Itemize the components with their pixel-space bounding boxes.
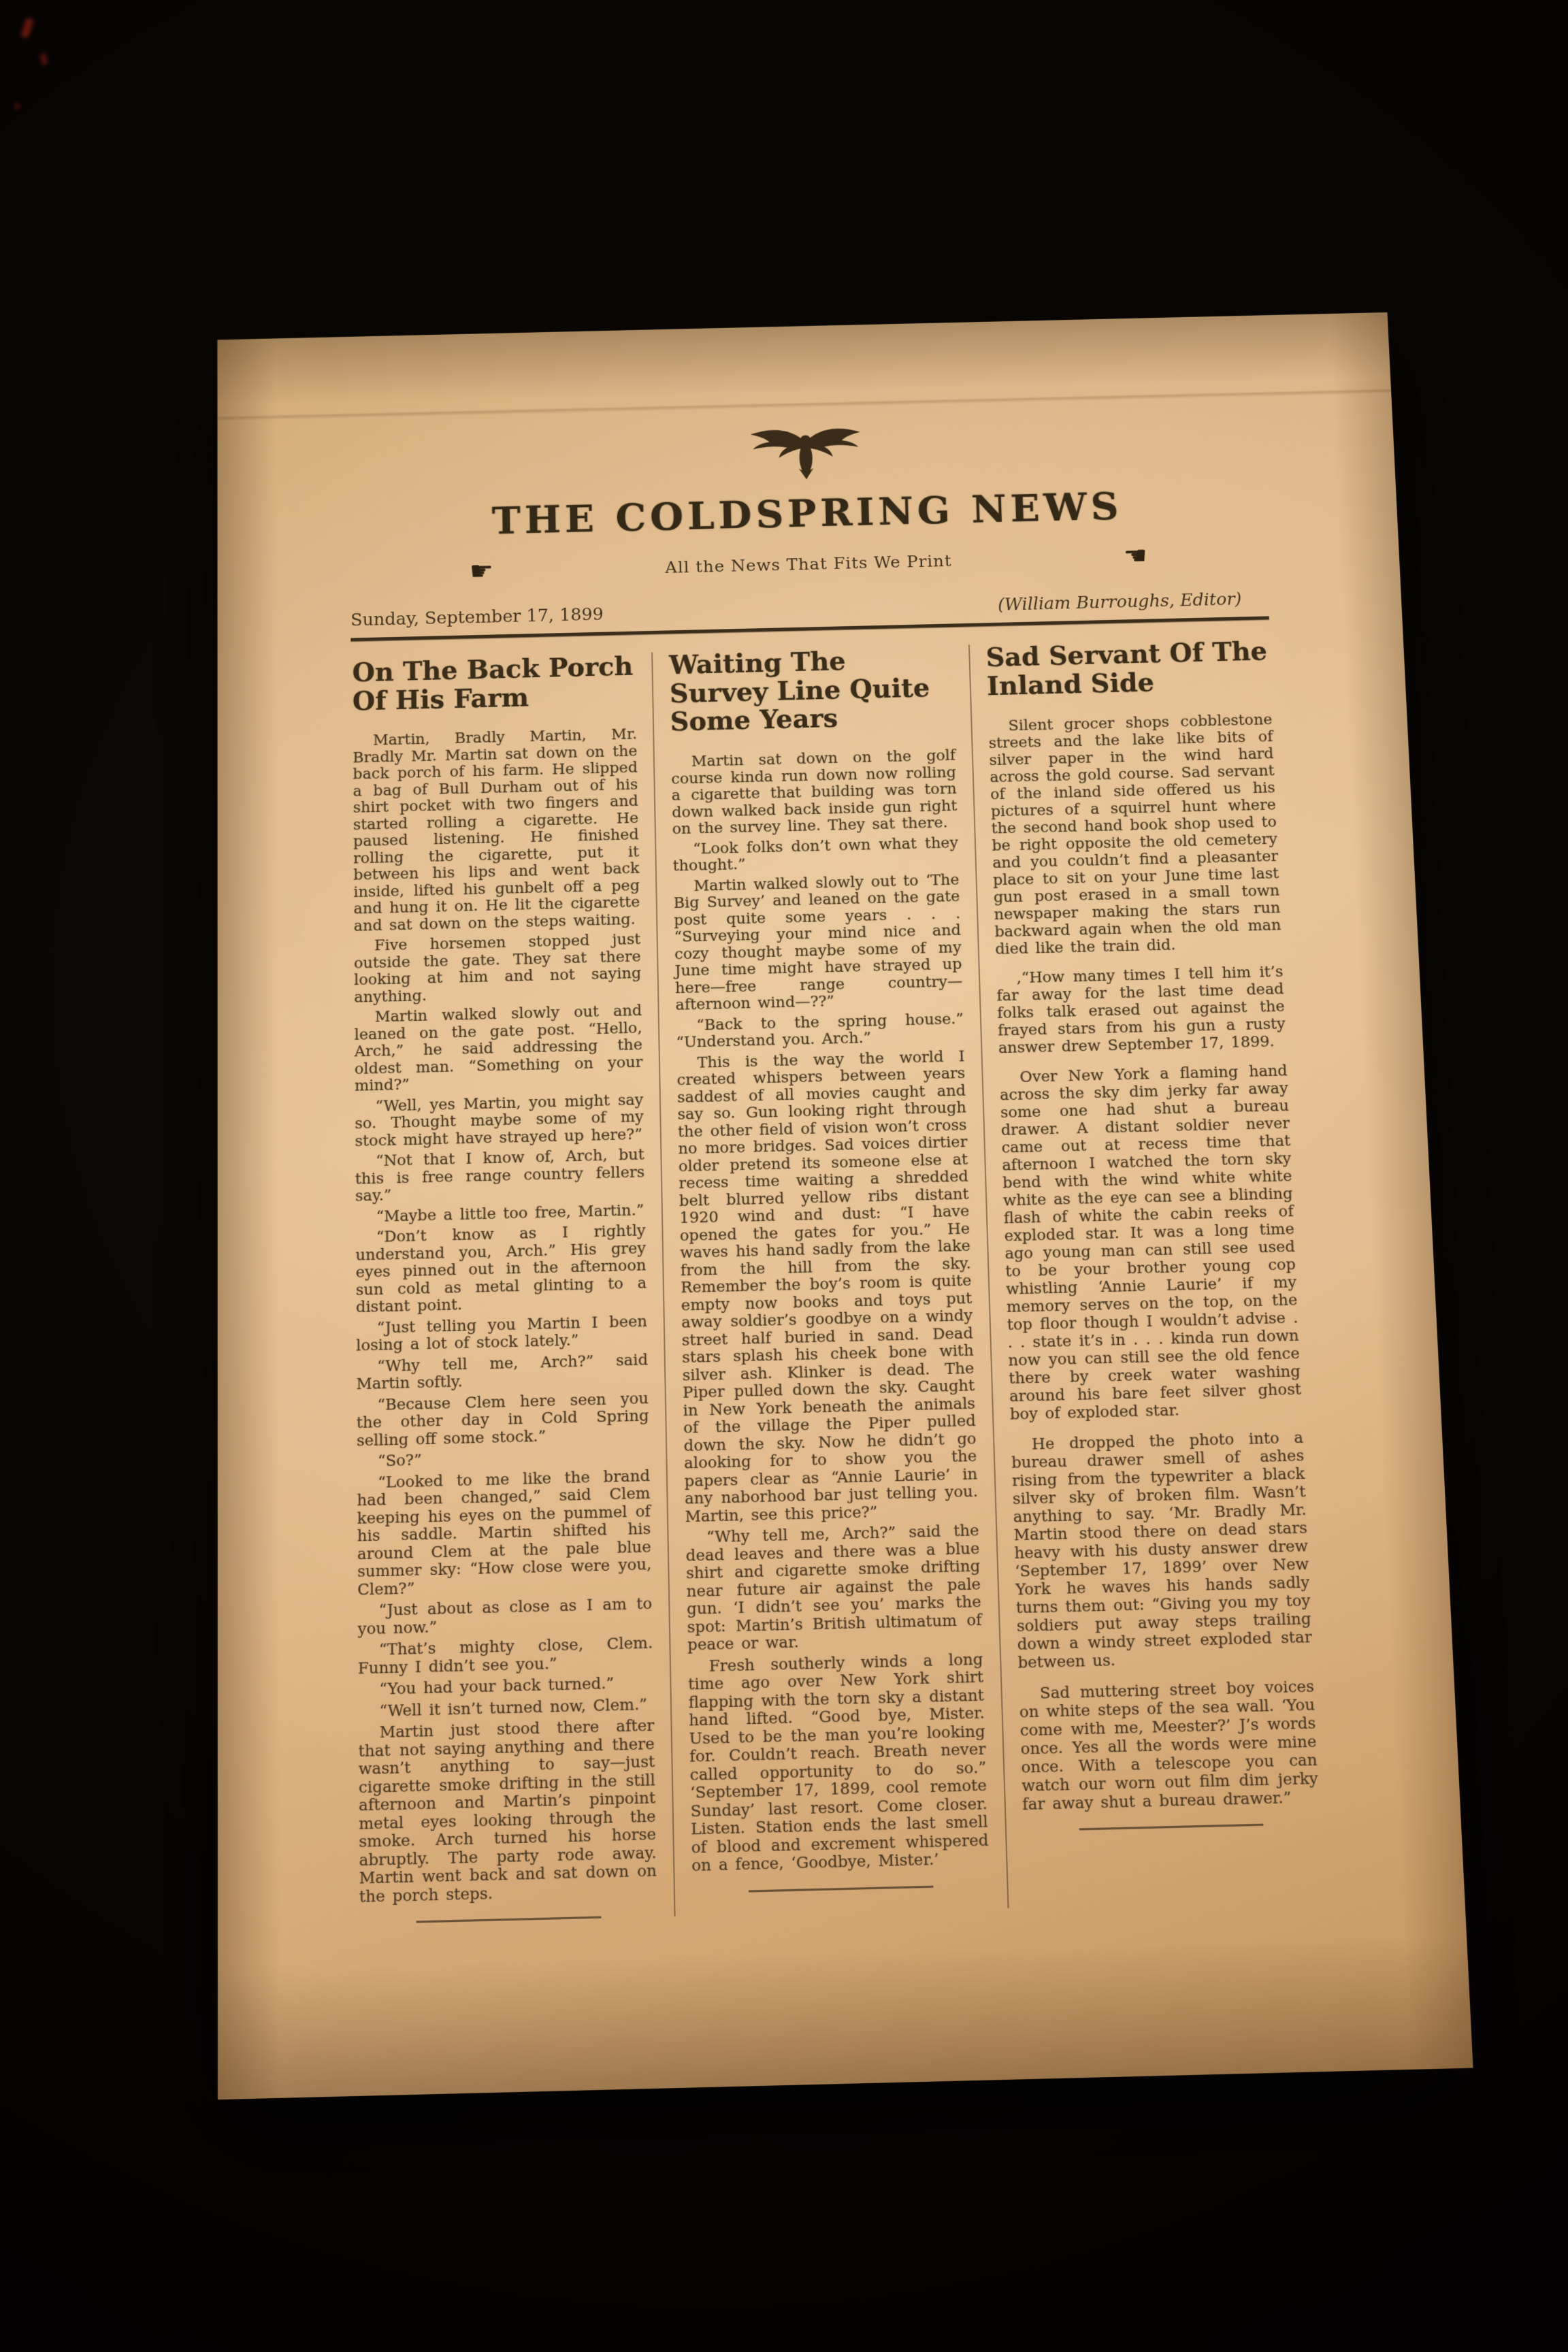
- article-body: Silent grocer shops cobblestone streets …: [987, 711, 1319, 1814]
- article-paragraph: He dropped the photo into a bureau drawe…: [1011, 1429, 1313, 1673]
- article-paragraph: Fresh southerly winds a long time ago ov…: [688, 1651, 990, 1876]
- article-paragraph: Martin, Bradly Martin, Mr. Bradly Mr. Ma…: [353, 727, 640, 935]
- editor-credit: (William Burroughs, Editor): [998, 589, 1242, 615]
- article-paragraph: “Back to the spring house.” “Understand …: [676, 1011, 964, 1051]
- article-paragraph: Over New York a flaming hand across the …: [999, 1062, 1303, 1424]
- article-paragraph: “Don’t know as I rightly understand you,…: [355, 1223, 647, 1317]
- newspaper-slogan: All the News That Fits We Print: [493, 547, 1124, 581]
- article-body: Martin sat down on the golf course kinda…: [671, 747, 990, 1875]
- pointing-hand-right-icon: ☛: [470, 558, 493, 585]
- article-paragraph: “Looked to me like the brand had been ch…: [357, 1468, 652, 1600]
- article-paragraph: “Not that I know of, Arch, but this is f…: [355, 1147, 645, 1206]
- article-paragraph: Martin walked slowly out to ‘The Big Sur…: [673, 872, 963, 1015]
- article-paragraph: Martin walked slowly out and leaned on t…: [354, 1003, 643, 1096]
- article-paragraph: Martin sat down on the golf course kinda…: [671, 747, 958, 838]
- photo-background: THE COLDSPRING NEWS ☛ All the News That …: [0, 0, 1568, 2352]
- dateline: Sunday, September 17, 1899 (William Burr…: [350, 589, 1269, 630]
- article-paragraph: Five horsemen stopped just outside the g…: [354, 932, 642, 1007]
- article-headline: Waiting The Survey Line Quite Some Years: [669, 645, 955, 737]
- article-paragraph: This is the way the world I created whis…: [676, 1048, 979, 1526]
- red-speck: [39, 52, 48, 65]
- masthead: THE COLDSPRING NEWS ☛ All the News That …: [350, 410, 1267, 588]
- newspaper-page: THE COLDSPRING NEWS ☛ All the News That …: [217, 312, 1473, 2100]
- article-column: Sad Servant Of The Inland Side Silent gr…: [968, 638, 1325, 1908]
- article-paragraph: “Because Clem here seen you the other da…: [357, 1390, 649, 1450]
- article-paragraph: “Just about as close as I am to you now.…: [357, 1596, 653, 1639]
- article-paragraph: “Just telling you Martin I been losing a…: [356, 1313, 648, 1356]
- article-column: On The Back Porch Of His Farm Martin, Br…: [351, 652, 674, 1925]
- article-headline: On The Back Porch Of His Farm: [352, 653, 636, 717]
- eagle-emblem-icon: [743, 419, 869, 483]
- pointing-hand-left-icon: ☚: [1123, 543, 1147, 570]
- red-speck: [20, 17, 35, 39]
- newspaper-title: THE COLDSPRING NEWS: [350, 481, 1265, 546]
- article-column: Waiting The Survey Line Quite Some Years…: [651, 644, 1007, 1916]
- article-paragraph: Sad muttering street boy voices on white…: [1019, 1678, 1320, 1814]
- article-paragraph: “Why tell me, Arch?” said Martin softly.: [356, 1352, 648, 1394]
- article-body: Martin, Bradly Martin, Mr. Bradly Mr. Ma…: [353, 727, 657, 1907]
- article-paragraph: Martin just stood there after that not s…: [358, 1718, 657, 1907]
- article-columns: On The Back Porch Of His Farm Martin, Br…: [351, 638, 1325, 1925]
- article-paragraph: “Well, yes Martin, you might say so. Tho…: [355, 1092, 644, 1150]
- article-paragraph: “Look folks don’t own what they thought.…: [672, 834, 959, 875]
- article-end-rule: [1079, 1824, 1264, 1831]
- article-paragraph: “That’s mighty close, Clem. Funny I didn…: [358, 1635, 653, 1678]
- issue-date: Sunday, September 17, 1899: [350, 605, 604, 630]
- newspaper-content: THE COLDSPRING NEWS ☛ All the News That …: [350, 410, 1328, 1995]
- article-headline: Sad Servant Of The Inland Side: [985, 638, 1271, 701]
- slogan-row: ☛ All the News That Fits We Print ☚: [470, 543, 1148, 585]
- article-paragraph: Silent grocer shops cobblestone streets …: [987, 711, 1282, 958]
- article-end-rule: [416, 1916, 601, 1923]
- red-speck: [15, 102, 20, 110]
- article-paragraph: ,“How many times I tell him it’s far awa…: [996, 963, 1286, 1057]
- article-paragraph: “Why tell me, Arch?” said the dead leave…: [685, 1522, 983, 1654]
- article-end-rule: [749, 1885, 933, 1892]
